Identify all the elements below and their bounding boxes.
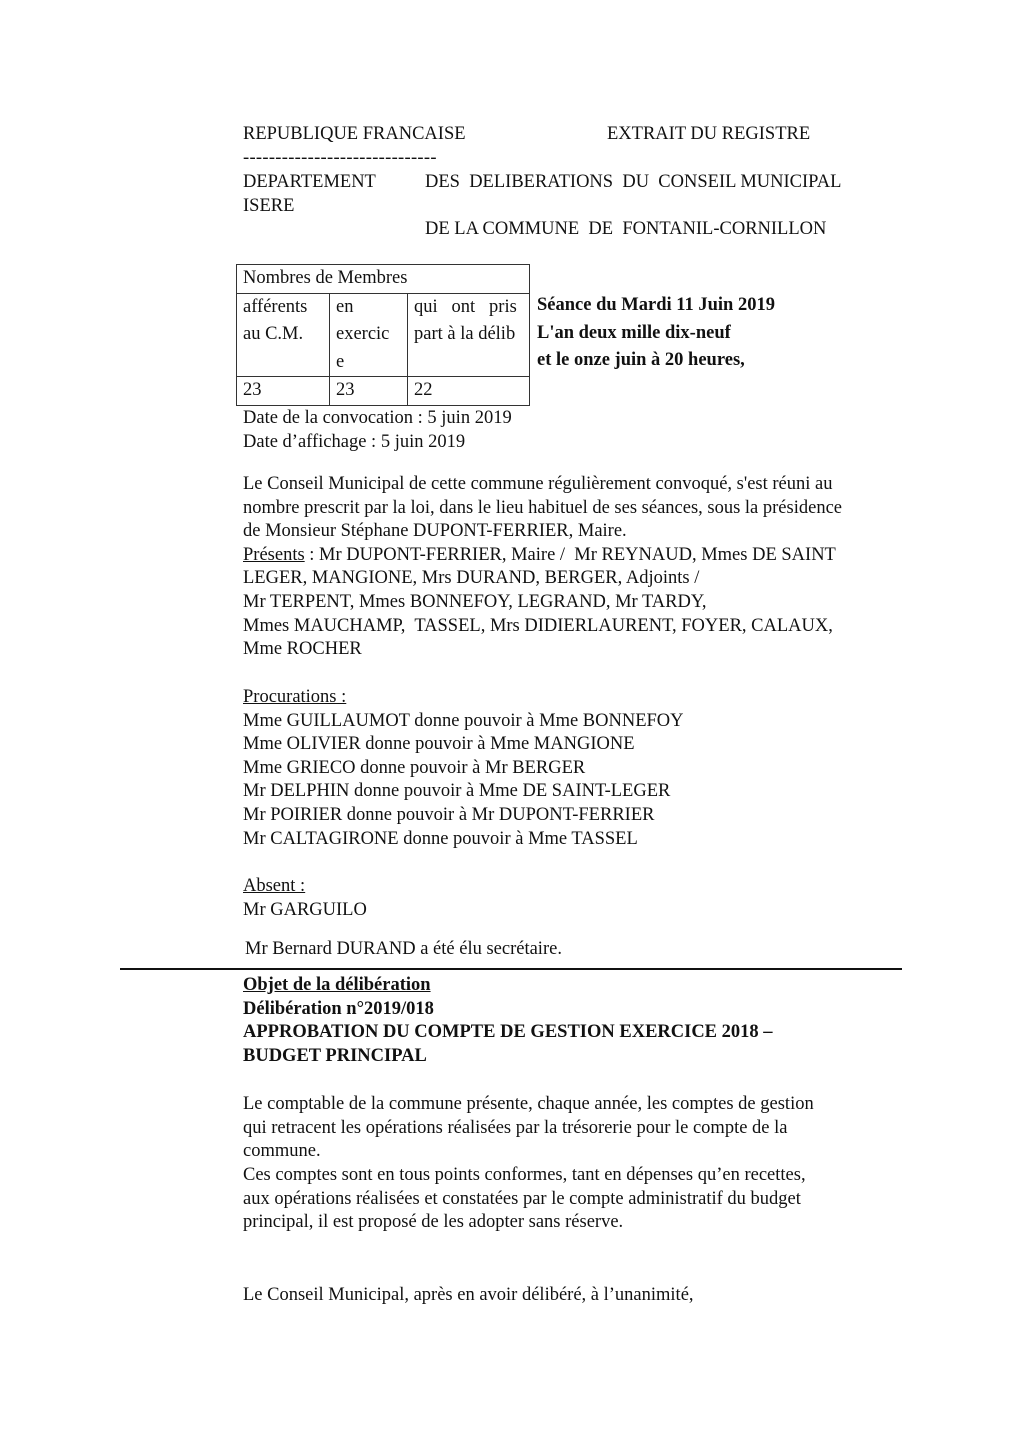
procuration-item: Mr POIRIER donne pouvoir à Mr DUPONT-FER… [243,804,913,828]
procuration-item: Mr DELPHIN donne pouvoir à Mme DE SAINT-… [243,780,913,804]
procurations-label: Procurations : [243,687,346,707]
afferents-label-line: afférents [243,294,323,322]
body-line: commune. [243,1140,913,1164]
presents-line: Mmes MAUCHAMP, TASSEL, Mrs DIDIERLAURENT… [243,615,913,639]
votants-label-line: part à la délib [414,321,523,349]
membres-value-exercice: 23 [330,377,408,406]
header-separator-dashes: ------------------------------ [243,147,437,171]
procurations-section: Procurations : Mme GUILLAUMOT donne pouv… [243,686,913,851]
body-line: Le comptable de la commune présente, cha… [243,1093,913,1117]
body-line: qui retracent les opérations réalisées p… [243,1117,913,1141]
body-line: principal, il est proposé de les adopter… [243,1211,913,1235]
procuration-item: Mme GUILLAUMOT donne pouvoir à Mme BONNE… [243,710,913,734]
procuration-item: Mr CALTAGIRONE donne pouvoir à Mme TASSE… [243,828,913,852]
seance-date: Séance du Mardi 11 Juin 2019 [537,292,775,320]
body-paragraph-3: Le Conseil Municipal, après en avoir dél… [243,1284,694,1308]
presents-line: Mme ROCHER [243,638,913,662]
seance-year: L'an deux mille dix-neuf [537,320,775,348]
intro-line: Le Conseil Municipal de cette commune ré… [243,473,913,497]
membres-col-exercice: en exercic e [330,293,408,377]
presents-label: Présents [243,545,305,565]
presents-names: : Mr DUPONT-FERRIER, Maire / Mr REYNAUD,… [305,545,836,565]
intro-line: nombre prescrit par la loi, dans le lieu… [243,497,913,521]
deliberation-title-line2: BUDGET PRINCIPAL [243,1045,913,1069]
header-extrait: EXTRAIT DU REGISTRE [607,123,810,147]
date-convocation: Date de la convocation : 5 juin 2019 [243,407,512,431]
objet-label: Objet de la délibération [243,975,431,995]
header-commune: DE LA COMMUNE DE FONTANIL-CORNILLON [425,218,826,242]
membres-col-votants: qui ont pris part à la délib [408,293,530,377]
absent-label: Absent : [243,876,305,896]
afferents-label-line: au C.M. [243,321,323,349]
membres-col-afferents: afférents au C.M. [237,293,330,377]
absent-section: Absent : Mr GARGUILO [243,875,913,922]
procuration-item: Mme GRIECO donne pouvoir à Mr BERGER [243,757,913,781]
objet-section: Objet de la délibération Délibération n°… [243,974,913,1068]
exercice-label-line: e [336,349,401,377]
seance-time: et le onze juin à 20 heures, [537,347,775,375]
presents-first-line: Présents : Mr DUPONT-FERRIER, Maire / Mr… [243,544,913,568]
secretaire-line: Mr Bernard DURAND a été élu secrétaire. [245,938,562,962]
membres-value-afferents: 23 [237,377,330,406]
membres-table-title: Nombres de Membres [237,265,530,294]
date-affichage: Date d’affichage : 5 juin 2019 [243,431,465,455]
procuration-item: Mme OLIVIER donne pouvoir à Mme MANGIONE [243,733,913,757]
header-departement: DEPARTEMENT [243,171,376,195]
section-divider [120,968,902,970]
intro-paragraph: Le Conseil Municipal de cette commune ré… [243,473,913,662]
header-deliberations: DES DELIBERATIONS DU CONSEIL MUNICIPAL [425,171,841,195]
body-paragraph-2: Ces comptes sont en tous points conforme… [243,1164,913,1235]
seance-block: Séance du Mardi 11 Juin 2019 L'an deux m… [537,292,775,375]
membres-table: Nombres de Membres afférents au C.M. en … [236,264,530,406]
body-paragraph-1: Le comptable de la commune présente, cha… [243,1093,913,1164]
body-line: aux opérations réalisées et constatées p… [243,1188,913,1212]
votants-label-line: qui ont pris [414,294,523,322]
exercice-label-line: exercic [336,321,401,349]
presents-line: LEGER, MANGIONE, Mrs DURAND, BERGER, Adj… [243,567,913,591]
header-isere: ISERE [243,195,294,219]
membres-value-votants: 22 [408,377,530,406]
absent-item: Mr GARGUILO [243,899,913,923]
body-line: Ces comptes sont en tous points conforme… [243,1164,913,1188]
deliberation-title-line1: APPROBATION DU COMPTE DE GESTION EXERCIC… [243,1021,913,1045]
deliberation-numero: Délibération n°2019/018 [243,998,913,1022]
presents-line: Mr TERPENT, Mmes BONNEFOY, LEGRAND, Mr T… [243,591,913,615]
intro-line: de Monsieur Stéphane DUPONT-FERRIER, Mai… [243,520,913,544]
header-republique: REPUBLIQUE FRANCAISE [243,123,466,147]
exercice-label-line: en [336,294,401,322]
